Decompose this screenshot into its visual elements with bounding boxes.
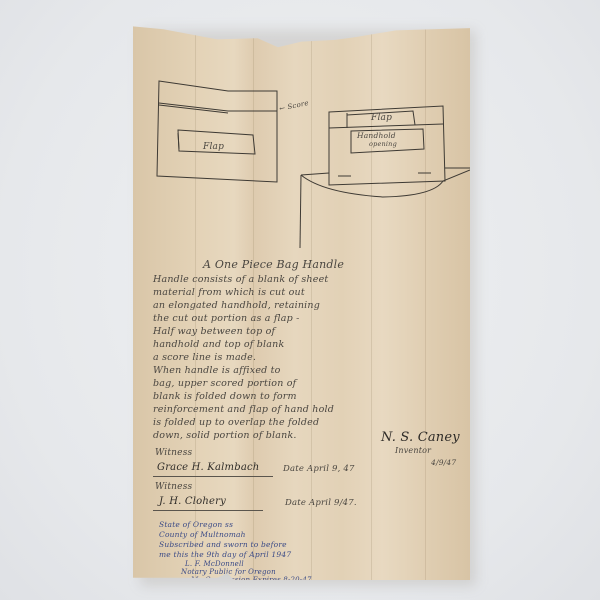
signature-line: [153, 510, 263, 511]
inventor-date: 4/9/47: [431, 458, 456, 467]
description-line: handhold and top of blank: [153, 339, 284, 350]
inventor-signature: N. S. Caney: [381, 430, 460, 445]
description-line: material from which is cut out: [153, 287, 305, 298]
handwritten-document: Flap ← Score Flap Handhold opening A One…: [133, 18, 470, 580]
sketch-label-handhold: Handhold: [357, 131, 396, 140]
description-line: Handle consists of a blank of sheet: [153, 274, 328, 285]
witness-signature: Grace H. Kalmbach: [157, 462, 259, 473]
sketch-label-opening: opening: [369, 140, 397, 148]
notary-line: County of Multnomah: [159, 530, 246, 539]
description-line: reinforcement and flap of hand hold: [153, 404, 334, 415]
description-line: is folded up to overlap the folded: [153, 417, 319, 428]
notary-line: State of Oregon ss: [159, 520, 233, 529]
description-line: the cut out portion as a flap -: [153, 313, 300, 324]
witness-signature: J. H. Clohery: [159, 496, 226, 507]
description-line: blank is folded down to form: [153, 391, 297, 402]
notary-line: Subscribed and sworn to before: [159, 540, 287, 549]
witness-date: Date April 9, 47: [283, 464, 355, 474]
inventor-role: Inventor: [395, 446, 431, 455]
description-line: bag, upper scored portion of: [153, 378, 296, 389]
description-line: Half way between top of: [153, 326, 275, 337]
sketch-label-flap: Flap: [203, 142, 224, 152]
witness-label: Witness: [155, 448, 192, 458]
witness-date: Date April 9/47.: [285, 498, 357, 508]
description-line: an elongated handhold, retaining: [153, 300, 320, 311]
description-line: down, solid portion of blank.: [153, 430, 297, 441]
signature-line: [153, 476, 273, 477]
description-line: When handle is affixed to: [153, 365, 281, 376]
notary-signature: L. F. McDonnell: [185, 560, 244, 568]
document-title: A One Piece Bag Handle: [203, 258, 344, 271]
notary-line: me this the 9th day of April 1947: [159, 550, 291, 559]
witness-label: Witness: [155, 482, 192, 492]
sketch-label-flap-right: Flap: [371, 113, 392, 123]
description-line: a score line is made.: [153, 352, 256, 363]
